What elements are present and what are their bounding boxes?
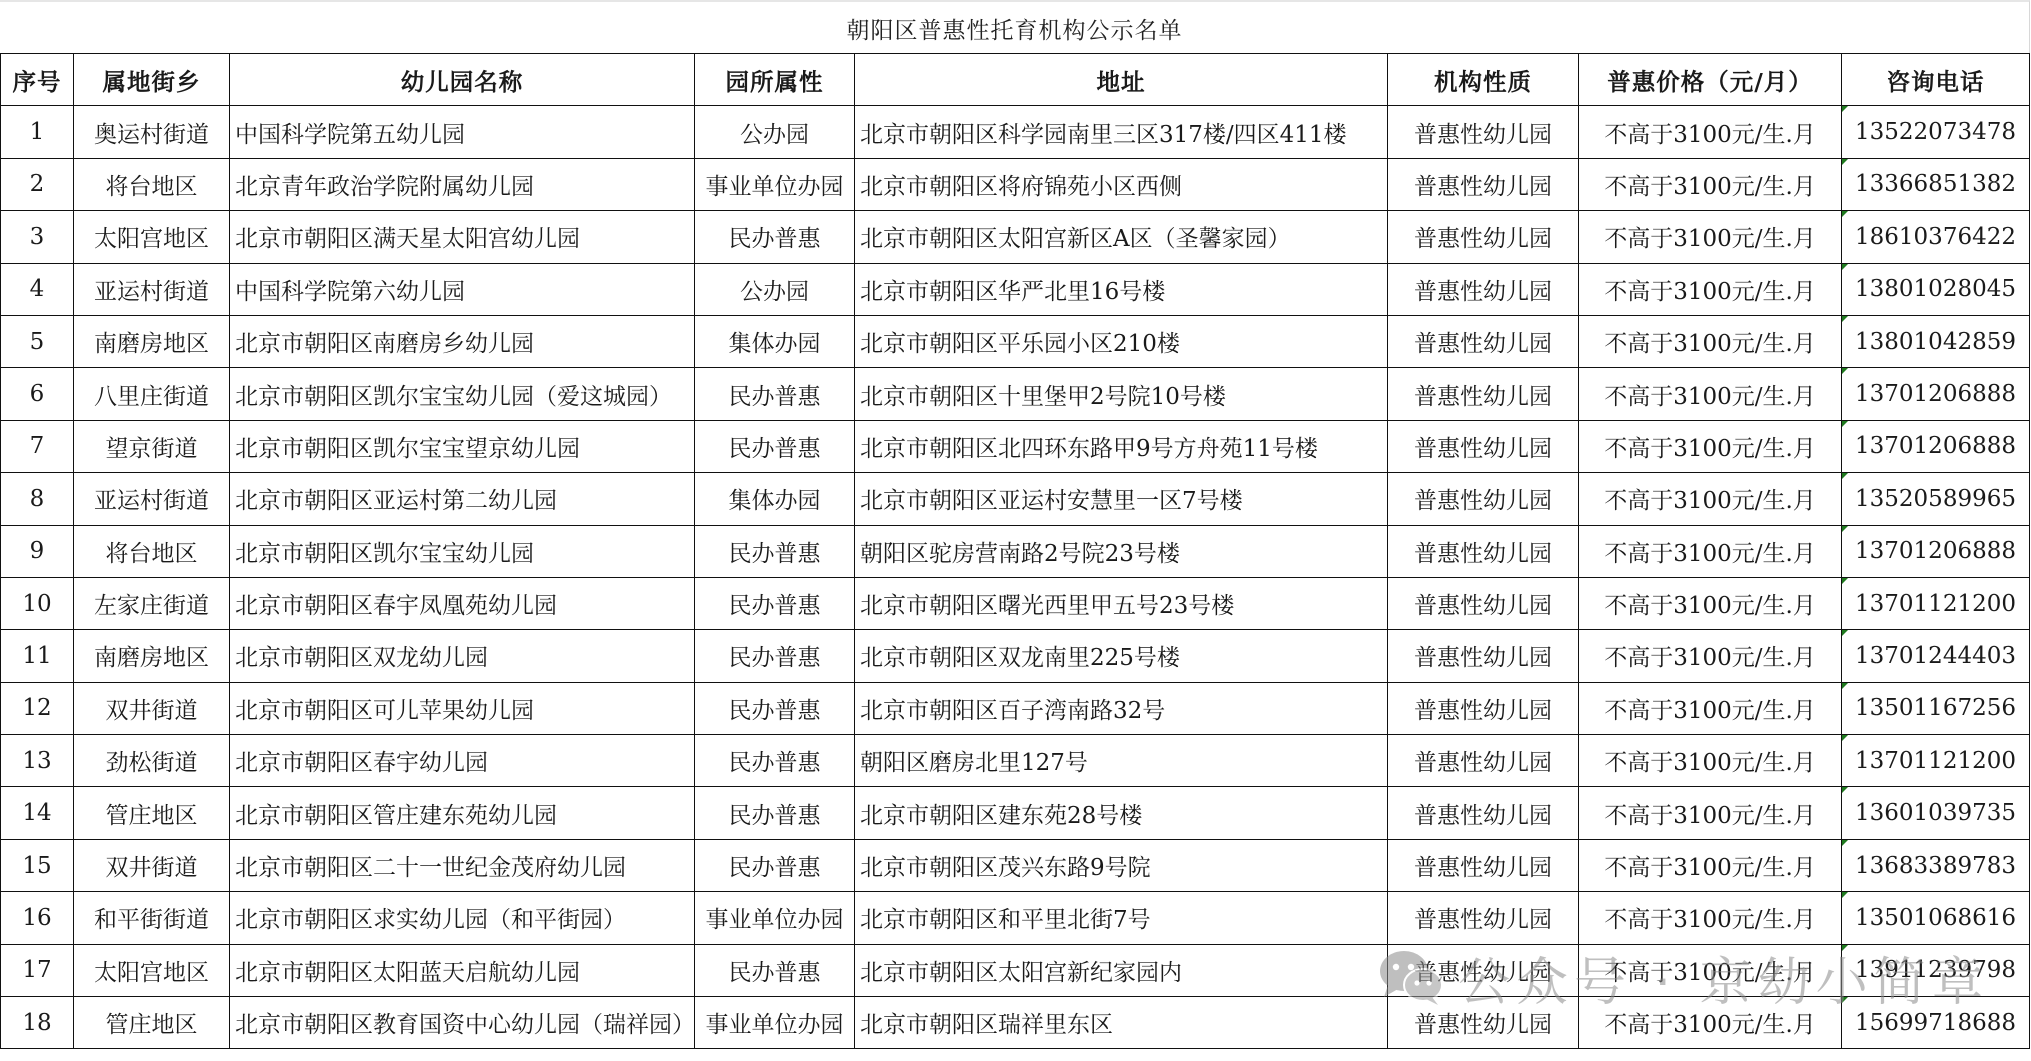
kindergarten-table: 序号 属地街乡 幼儿园名称 园所属性 地址 机构性质 普惠价格（元/月） 咨询电… <box>0 53 2030 1049</box>
cell-nature[interactable]: 普惠性幼儿园 <box>1388 106 1579 158</box>
cell-address[interactable]: 北京市朝阳区双龙南里225号楼 <box>855 630 1388 682</box>
table-row: 10 左家庄街道 北京市朝阳区春宇凤凰苑幼儿园 民办普惠 北京市朝阳区曙光西里甲… <box>1 577 2030 629</box>
cell-street[interactable]: 太阳宫地区 <box>74 944 230 996</box>
cell-street[interactable]: 管庄地区 <box>74 787 230 839</box>
table-row: 8 亚运村街道 北京市朝阳区亚运村第二幼儿园 集体办园 北京市朝阳区亚运村安慧里… <box>1 473 2030 525</box>
cell-name[interactable]: 北京市朝阳区双龙幼儿园 <box>230 630 695 682</box>
header-row: 序号 属地街乡 幼儿园名称 园所属性 地址 机构性质 普惠价格（元/月） 咨询电… <box>1 54 2030 106</box>
cell-price[interactable]: 不高于3100元/生.月 <box>1579 630 1842 682</box>
cell-street[interactable]: 将台地区 <box>74 525 230 577</box>
cell-no[interactable]: 16 <box>1 892 74 944</box>
cell-type[interactable]: 民办普惠 <box>695 525 855 577</box>
cell-street[interactable]: 太阳宫地区 <box>74 211 230 263</box>
cell-name[interactable]: 北京市朝阳区春宇幼儿园 <box>230 735 695 787</box>
cell-type[interactable]: 民办普惠 <box>695 682 855 734</box>
table-row: 14 管庄地区 北京市朝阳区管庄建东苑幼儿园 民办普惠 北京市朝阳区建东苑28号… <box>1 787 2030 839</box>
table-row: 17 太阳宫地区 北京市朝阳区太阳蓝天启航幼儿园 民办普惠 北京市朝阳区太阳宫新… <box>1 944 2030 996</box>
cell-no[interactable]: 12 <box>1 682 74 734</box>
cell-name[interactable]: 北京市朝阳区求实幼儿园（和平街园） <box>230 892 695 944</box>
cell-no[interactable]: 3 <box>1 211 74 263</box>
cell-phone[interactable]: 13701244403 <box>1842 630 2030 682</box>
cell-street[interactable]: 八里庄街道 <box>74 368 230 420</box>
cell-address[interactable]: 北京市朝阳区瑞祥里东区 <box>855 997 1388 1049</box>
cell-phone[interactable]: 13701121200 <box>1842 577 2030 629</box>
cell-no[interactable]: 4 <box>1 263 74 315</box>
cell-price[interactable]: 不高于3100元/生.月 <box>1579 473 1842 525</box>
cell-phone[interactable]: 13522073478 <box>1842 106 2030 158</box>
cell-phone[interactable]: 13701206888 <box>1842 525 2030 577</box>
cell-type[interactable]: 民办普惠 <box>695 368 855 420</box>
cell-nature[interactable]: 普惠性幼儿园 <box>1388 420 1579 472</box>
table-row: 5 南磨房地区 北京市朝阳区南磨房乡幼儿园 集体办园 北京市朝阳区平乐园小区21… <box>1 315 2030 367</box>
cell-price[interactable]: 不高于3100元/生.月 <box>1579 787 1842 839</box>
col-header-nature[interactable]: 机构性质 <box>1388 54 1579 106</box>
cell-address[interactable]: 北京市朝阳区曙光西里甲五号23号楼 <box>855 577 1388 629</box>
cell-type[interactable]: 民办普惠 <box>695 839 855 891</box>
cell-address[interactable]: 北京市朝阳区太阳宫新区A区（圣馨家园） <box>855 211 1388 263</box>
cell-type[interactable]: 民办普惠 <box>695 211 855 263</box>
cell-phone[interactable]: 13601039735 <box>1842 787 2030 839</box>
cell-price[interactable]: 不高于3100元/生.月 <box>1579 735 1842 787</box>
cell-nature[interactable]: 普惠性幼儿园 <box>1388 158 1579 210</box>
cell-phone[interactable]: 13801042859 <box>1842 315 2030 367</box>
cell-phone[interactable]: 13701206888 <box>1842 420 2030 472</box>
table-row: 15 双井街道 北京市朝阳区二十一世纪金茂府幼儿园 民办普惠 北京市朝阳区茂兴东… <box>1 839 2030 891</box>
cell-street[interactable]: 亚运村街道 <box>74 473 230 525</box>
cell-phone[interactable]: 18610376422 <box>1842 211 2030 263</box>
cell-name[interactable]: 北京市朝阳区春宇凤凰苑幼儿园 <box>230 577 695 629</box>
cell-name[interactable]: 北京市朝阳区南磨房乡幼儿园 <box>230 315 695 367</box>
cell-address[interactable]: 北京市朝阳区科学园南里三区317楼/四区411楼 <box>855 106 1388 158</box>
table-row: 3 太阳宫地区 北京市朝阳区满天星太阳宫幼儿园 民办普惠 北京市朝阳区太阳宫新区… <box>1 211 2030 263</box>
cell-name[interactable]: 北京市朝阳区管庄建东苑幼儿园 <box>230 787 695 839</box>
cell-phone[interactable]: 13911239798 <box>1842 944 2030 996</box>
cell-street[interactable]: 奥运村街道 <box>74 106 230 158</box>
cell-name[interactable]: 中国科学院第六幼儿园 <box>230 263 695 315</box>
col-header-phone[interactable]: 咨询电话 <box>1842 54 2030 106</box>
table-row: 9 将台地区 北京市朝阳区凯尔宝宝幼儿园 民办普惠 朝阳区驼房营南路2号院23号… <box>1 525 2030 577</box>
cell-price[interactable]: 不高于3100元/生.月 <box>1579 577 1842 629</box>
cell-name[interactable]: 中国科学院第五幼儿园 <box>230 106 695 158</box>
cell-name[interactable]: 北京市朝阳区太阳蓝天启航幼儿园 <box>230 944 695 996</box>
cell-no[interactable]: 8 <box>1 473 74 525</box>
cell-no[interactable]: 10 <box>1 577 74 629</box>
cell-no[interactable]: 1 <box>1 106 74 158</box>
cell-type[interactable]: 民办普惠 <box>695 630 855 682</box>
cell-address[interactable]: 朝阳区驼房营南路2号院23号楼 <box>855 525 1388 577</box>
cell-nature[interactable]: 普惠性幼儿园 <box>1388 577 1579 629</box>
col-header-type[interactable]: 园所属性 <box>695 54 855 106</box>
cell-no[interactable]: 2 <box>1 158 74 210</box>
cell-name[interactable]: 北京市朝阳区教育国资中心幼儿园（瑞祥园） <box>230 997 695 1049</box>
cell-phone[interactable]: 13683389783 <box>1842 839 2030 891</box>
sheet-title: 朝阳区普惠性托育机构公示名单 <box>0 0 2030 54</box>
cell-street[interactable]: 双井街道 <box>74 839 230 891</box>
cell-name[interactable]: 北京青年政治学院附属幼儿园 <box>230 158 695 210</box>
cell-address[interactable]: 北京市朝阳区十里堡甲2号院10号楼 <box>855 368 1388 420</box>
cell-phone[interactable]: 13501167256 <box>1842 682 2030 734</box>
col-header-no[interactable]: 序号 <box>1 54 74 106</box>
table-row: 12 双井街道 北京市朝阳区可儿苹果幼儿园 民办普惠 北京市朝阳区百子湾南路32… <box>1 682 2030 734</box>
cell-phone[interactable]: 13366851382 <box>1842 158 2030 210</box>
cell-nature[interactable]: 普惠性幼儿园 <box>1388 211 1579 263</box>
cell-price[interactable]: 不高于3100元/生.月 <box>1579 420 1842 472</box>
cell-address[interactable]: 北京市朝阳区将府锦苑小区西侧 <box>855 158 1388 210</box>
cell-type[interactable]: 民办普惠 <box>695 420 855 472</box>
cell-price[interactable]: 不高于3100元/生.月 <box>1579 158 1842 210</box>
cell-street[interactable]: 管庄地区 <box>74 997 230 1049</box>
cell-type[interactable]: 公办园 <box>695 263 855 315</box>
cell-nature[interactable]: 普惠性幼儿园 <box>1388 944 1579 996</box>
table-row: 18 管庄地区 北京市朝阳区教育国资中心幼儿园（瑞祥园） 事业单位办园 北京市朝… <box>1 997 2030 1049</box>
cell-price[interactable]: 不高于3100元/生.月 <box>1579 106 1842 158</box>
cell-no[interactable]: 18 <box>1 997 74 1049</box>
cell-phone[interactable]: 13520589965 <box>1842 473 2030 525</box>
table-row: 1 奥运村街道 中国科学院第五幼儿园 公办园 北京市朝阳区科学园南里三区317楼… <box>1 106 2030 158</box>
cell-no[interactable]: 14 <box>1 787 74 839</box>
cell-nature[interactable]: 普惠性幼儿园 <box>1388 735 1579 787</box>
cell-phone[interactable]: 13701206888 <box>1842 368 2030 420</box>
cell-nature[interactable]: 普惠性幼儿园 <box>1388 997 1579 1049</box>
table-body: 1 奥运村街道 中国科学院第五幼儿园 公办园 北京市朝阳区科学园南里三区317楼… <box>1 106 2030 1049</box>
cell-street[interactable]: 望京街道 <box>74 420 230 472</box>
table-row: 11 南磨房地区 北京市朝阳区双龙幼儿园 民办普惠 北京市朝阳区双龙南里225号… <box>1 630 2030 682</box>
cell-price[interactable]: 不高于3100元/生.月 <box>1579 263 1842 315</box>
cell-address[interactable]: 北京市朝阳区北四环东路甲9号方舟苑11号楼 <box>855 420 1388 472</box>
col-header-name[interactable]: 幼儿园名称 <box>230 54 695 106</box>
cell-name[interactable]: 北京市朝阳区亚运村第二幼儿园 <box>230 473 695 525</box>
cell-street[interactable]: 双井街道 <box>74 682 230 734</box>
cell-street[interactable]: 亚运村街道 <box>74 263 230 315</box>
cell-name[interactable]: 北京市朝阳区二十一世纪金茂府幼儿园 <box>230 839 695 891</box>
col-header-address[interactable]: 地址 <box>855 54 1388 106</box>
cell-price[interactable]: 不高于3100元/生.月 <box>1579 211 1842 263</box>
col-header-street[interactable]: 属地街乡 <box>74 54 230 106</box>
cell-type[interactable]: 公办园 <box>695 106 855 158</box>
cell-name[interactable]: 北京市朝阳区凯尔宝宝望京幼儿园 <box>230 420 695 472</box>
cell-phone[interactable]: 13501068616 <box>1842 892 2030 944</box>
cell-no[interactable]: 6 <box>1 368 74 420</box>
cell-name[interactable]: 北京市朝阳区满天星太阳宫幼儿园 <box>230 211 695 263</box>
cell-address[interactable]: 北京市朝阳区平乐园小区210楼 <box>855 315 1388 367</box>
cell-address[interactable]: 北京市朝阳区茂兴东路9号院 <box>855 839 1388 891</box>
col-header-price[interactable]: 普惠价格（元/月） <box>1579 54 1842 106</box>
cell-street[interactable]: 南磨房地区 <box>74 630 230 682</box>
cell-price[interactable]: 不高于3100元/生.月 <box>1579 368 1842 420</box>
cell-name[interactable]: 北京市朝阳区凯尔宝宝幼儿园 <box>230 525 695 577</box>
cell-type[interactable]: 事业单位办园 <box>695 158 855 210</box>
cell-price[interactable]: 不高于3100元/生.月 <box>1579 892 1842 944</box>
cell-street[interactable]: 南磨房地区 <box>74 315 230 367</box>
cell-nature[interactable]: 普惠性幼儿园 <box>1388 630 1579 682</box>
cell-name[interactable]: 北京市朝阳区可儿苹果幼儿园 <box>230 682 695 734</box>
cell-nature[interactable]: 普惠性幼儿园 <box>1388 787 1579 839</box>
cell-address[interactable]: 北京市朝阳区建东苑28号楼 <box>855 787 1388 839</box>
table-row: 2 将台地区 北京青年政治学院附属幼儿园 事业单位办园 北京市朝阳区将府锦苑小区… <box>1 158 2030 210</box>
cell-no[interactable]: 13 <box>1 735 74 787</box>
table-row: 13 劲松街道 北京市朝阳区春宇幼儿园 民办普惠 朝阳区磨房北里127号 普惠性… <box>1 735 2030 787</box>
table-row: 6 八里庄街道 北京市朝阳区凯尔宝宝幼儿园（爱这城园） 民办普惠 北京市朝阳区十… <box>1 368 2030 420</box>
cell-price[interactable]: 不高于3100元/生.月 <box>1579 839 1842 891</box>
cell-nature[interactable]: 普惠性幼儿园 <box>1388 473 1579 525</box>
cell-street[interactable]: 劲松街道 <box>74 735 230 787</box>
cell-address[interactable]: 北京市朝阳区太阳宫新纪家园内 <box>855 944 1388 996</box>
cell-street[interactable]: 将台地区 <box>74 158 230 210</box>
table-row: 16 和平街街道 北京市朝阳区求实幼儿园（和平街园） 事业单位办园 北京市朝阳区… <box>1 892 2030 944</box>
cell-name[interactable]: 北京市朝阳区凯尔宝宝幼儿园（爱这城园） <box>230 368 695 420</box>
cell-street[interactable]: 左家庄街道 <box>74 577 230 629</box>
cell-no[interactable]: 15 <box>1 839 74 891</box>
cell-address[interactable]: 北京市朝阳区和平里北街7号 <box>855 892 1388 944</box>
cell-type[interactable]: 民办普惠 <box>695 735 855 787</box>
cell-no[interactable]: 5 <box>1 315 74 367</box>
cell-price[interactable]: 不高于3100元/生.月 <box>1579 315 1842 367</box>
cell-nature[interactable]: 普惠性幼儿园 <box>1388 839 1579 891</box>
cell-no[interactable]: 11 <box>1 630 74 682</box>
cell-address[interactable]: 朝阳区磨房北里127号 <box>855 735 1388 787</box>
cell-phone[interactable]: 15699718688 <box>1842 997 2030 1049</box>
cell-nature[interactable]: 普惠性幼儿园 <box>1388 263 1579 315</box>
cell-type[interactable]: 民办普惠 <box>695 787 855 839</box>
cell-price[interactable]: 不高于3100元/生.月 <box>1579 682 1842 734</box>
cell-type[interactable]: 事业单位办园 <box>695 997 855 1049</box>
cell-type[interactable]: 事业单位办园 <box>695 892 855 944</box>
cell-no[interactable]: 7 <box>1 420 74 472</box>
cell-nature[interactable]: 普惠性幼儿园 <box>1388 892 1579 944</box>
cell-phone[interactable]: 13801028045 <box>1842 263 2030 315</box>
cell-address[interactable]: 北京市朝阳区华严北里16号楼 <box>855 263 1388 315</box>
table-row: 4 亚运村街道 中国科学院第六幼儿园 公办园 北京市朝阳区华严北里16号楼 普惠… <box>1 263 2030 315</box>
cell-type[interactable]: 民办普惠 <box>695 944 855 996</box>
cell-price[interactable]: 不高于3100元/生.月 <box>1579 944 1842 996</box>
cell-price[interactable]: 不高于3100元/生.月 <box>1579 997 1842 1049</box>
cell-phone[interactable]: 13701121200 <box>1842 735 2030 787</box>
cell-address[interactable]: 北京市朝阳区百子湾南路32号 <box>855 682 1388 734</box>
table-row: 7 望京街道 北京市朝阳区凯尔宝宝望京幼儿园 民办普惠 北京市朝阳区北四环东路甲… <box>1 420 2030 472</box>
cell-nature[interactable]: 普惠性幼儿园 <box>1388 525 1579 577</box>
spreadsheet: 朝阳区普惠性托育机构公示名单 序号 属地街乡 幼儿园名称 园所属性 地址 机构性… <box>0 0 2031 1061</box>
cell-price[interactable]: 不高于3100元/生.月 <box>1579 525 1842 577</box>
cell-type[interactable]: 集体办园 <box>695 315 855 367</box>
cell-type[interactable]: 集体办园 <box>695 473 855 525</box>
cell-nature[interactable]: 普惠性幼儿园 <box>1388 682 1579 734</box>
cell-no[interactable]: 9 <box>1 525 74 577</box>
cell-nature[interactable]: 普惠性幼儿园 <box>1388 368 1579 420</box>
cell-no[interactable]: 17 <box>1 944 74 996</box>
cell-street[interactable]: 和平街街道 <box>74 892 230 944</box>
cell-address[interactable]: 北京市朝阳区亚运村安慧里一区7号楼 <box>855 473 1388 525</box>
cell-nature[interactable]: 普惠性幼儿园 <box>1388 315 1579 367</box>
cell-type[interactable]: 民办普惠 <box>695 577 855 629</box>
